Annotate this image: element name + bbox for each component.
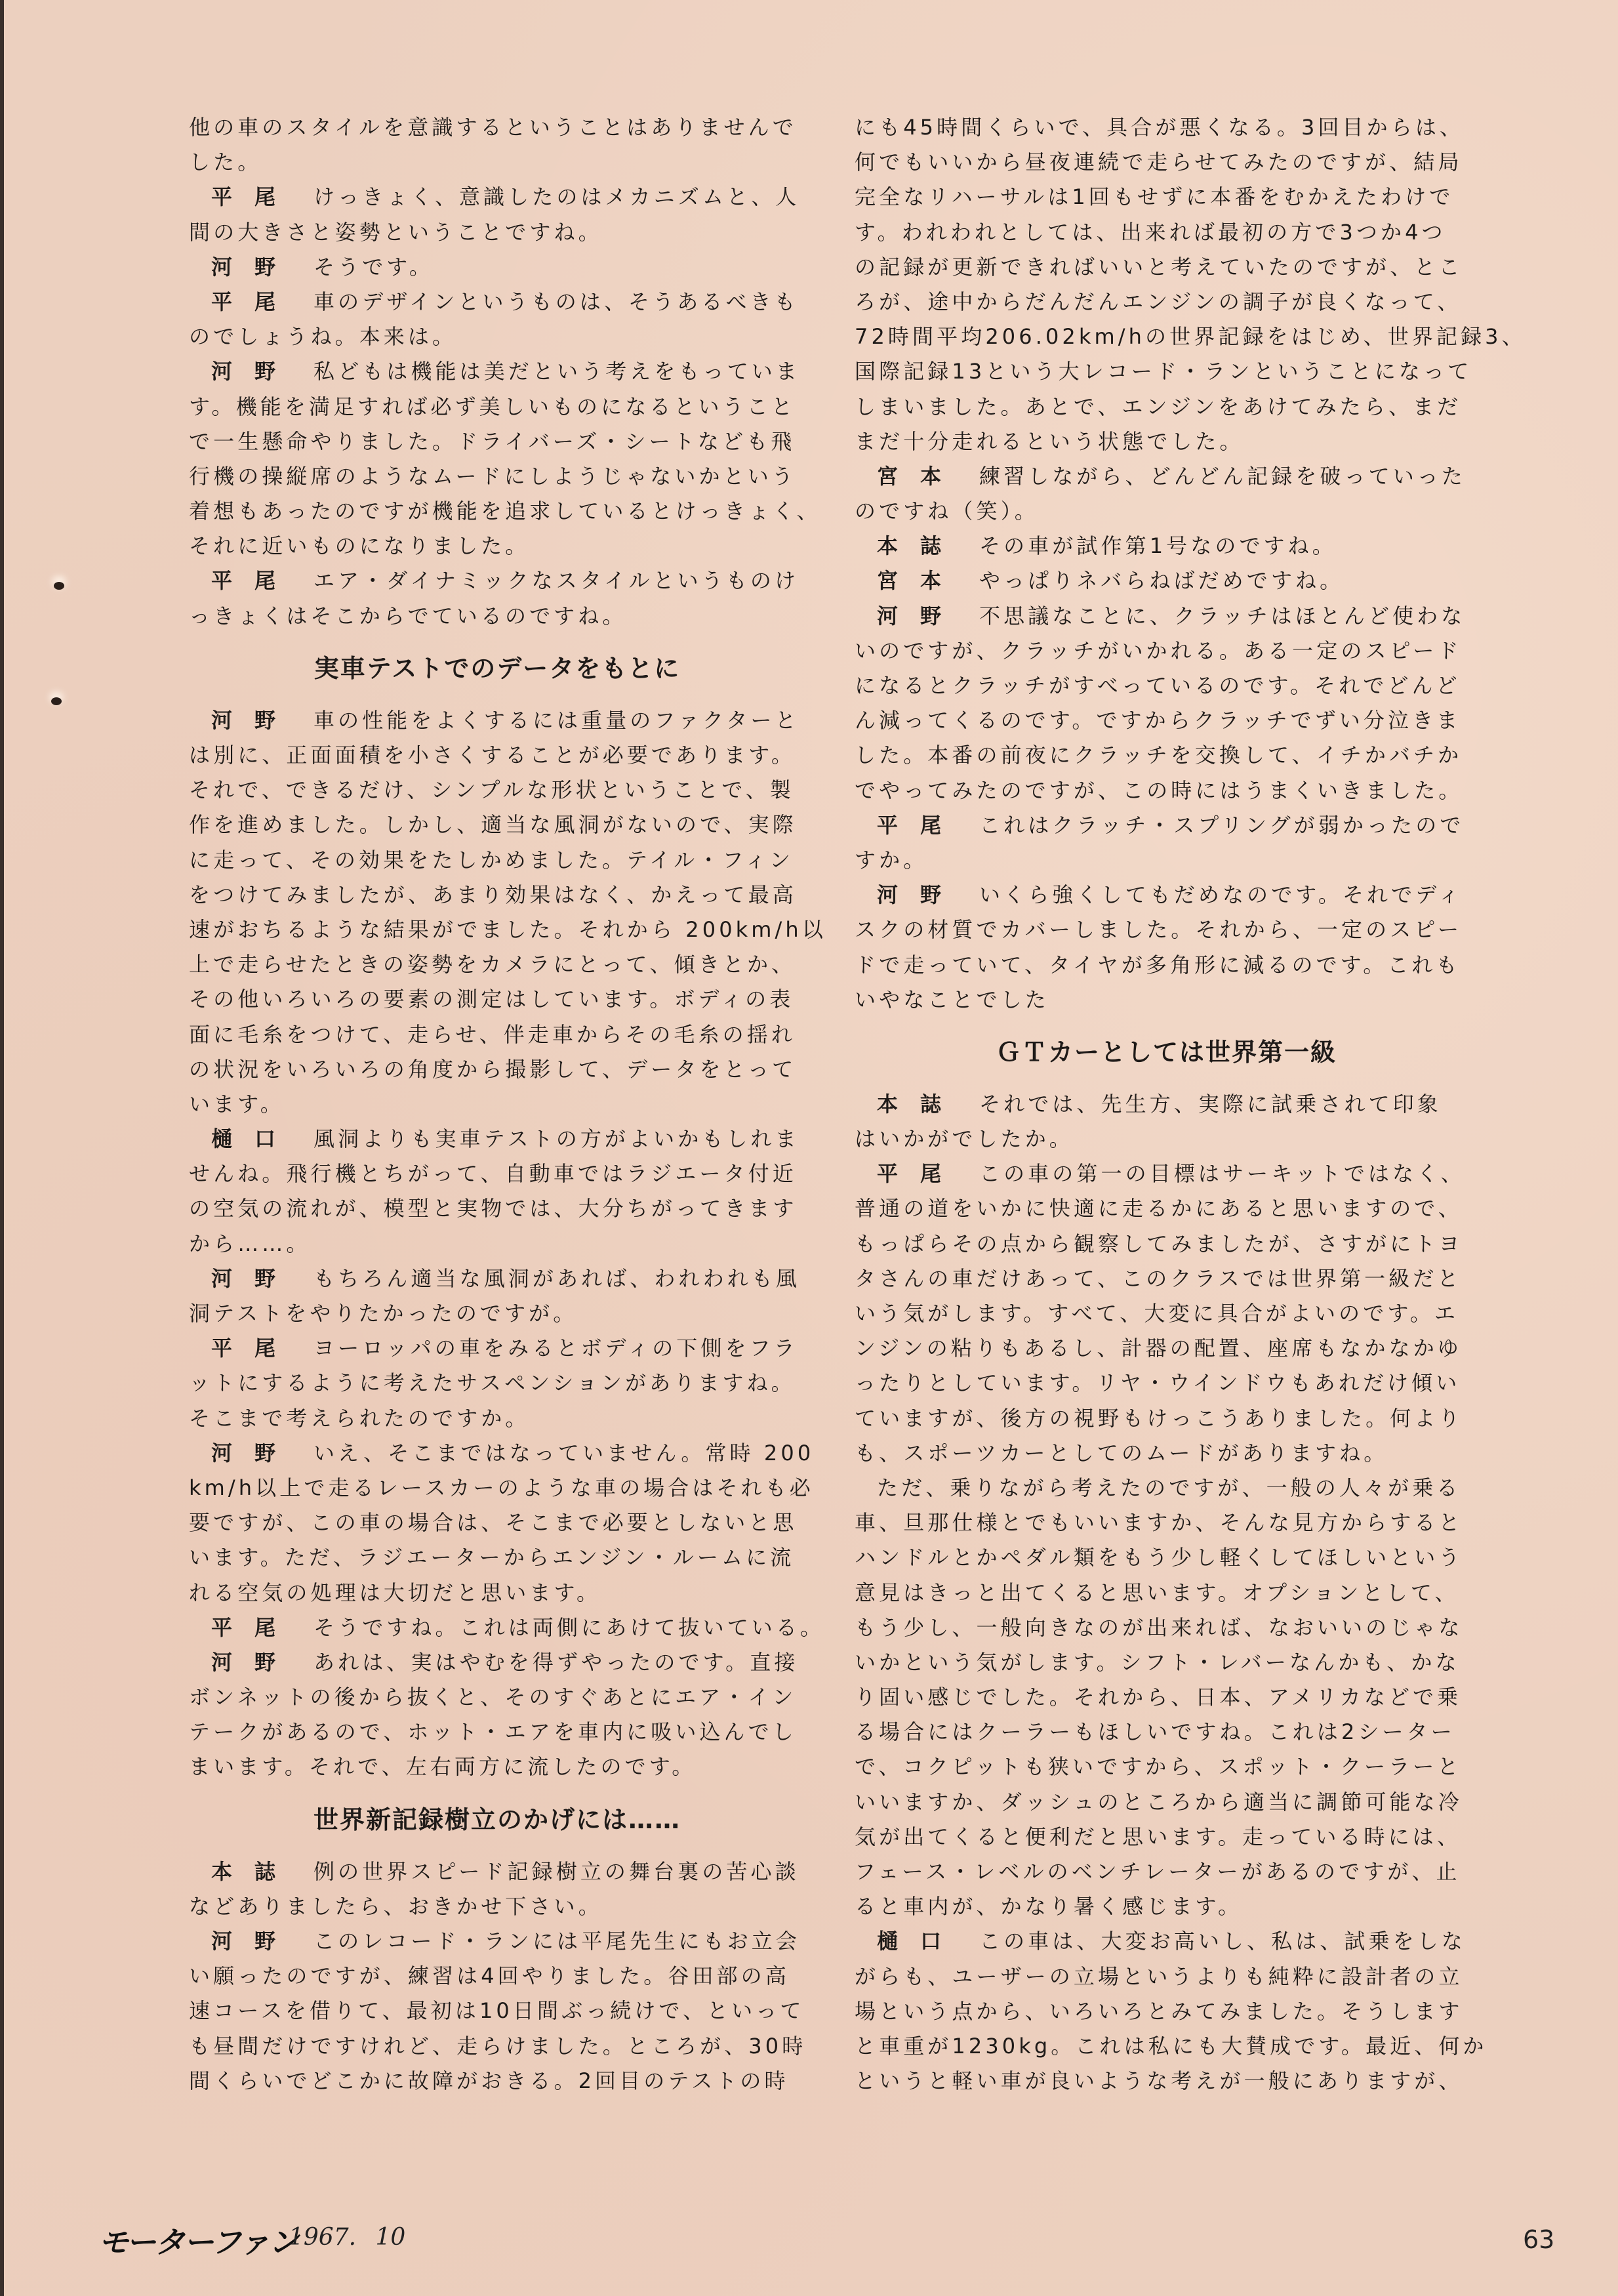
text-line: をつけてみましたが、あまり効果はなく、かえって最高 (189, 878, 805, 912)
binding-hole (54, 582, 64, 590)
text-line: から……。 (189, 1227, 805, 1261)
dialogue-line: 河野私どもは機能は美だという考えをもっていま (189, 354, 805, 389)
speaker-name: 本誌 (877, 529, 979, 564)
text-line: ただ、乗りながら考えたのですが、一般の人々が乗る (855, 1471, 1478, 1506)
text-line: しまいました。あとで、エンジンをあけてみたら、まだ (855, 390, 1478, 424)
text-line: の空気の流れが、模型と実物では、大分ちがってきます (189, 1191, 805, 1226)
speaker-name: 河野 (211, 1924, 313, 1959)
binding-hole (51, 697, 62, 705)
dialogue-line: 河野あれは、実はやむを得ずやったのです。直接 (189, 1645, 805, 1680)
dialogue-line: 平尾エア・ダイナミックなスタイルというものけ (189, 564, 805, 598)
text-line: ると車内が、かなり暑く感じます。 (855, 1889, 1478, 1924)
speaker-name: 平尾 (211, 285, 313, 319)
text-line: 72時間平均206.02km/hの世界記録をはじめ、世界記録3、 (855, 319, 1478, 354)
text-line: ハンドルとかペダル類をもう少し軽くしてほしいという (855, 1540, 1478, 1575)
text-line: る場合にはクーラーもほしいですね。これは2シーター (855, 1715, 1478, 1750)
text-line: 他の車のスタイルを意識するということはありませんで (189, 110, 805, 145)
left-column: 他の車のスタイルを意識するということはありませんでした。平尾けっきょく、意識した… (189, 110, 805, 2099)
text-line: 速コースを借りて、最初は10日間ぶっ続けで、といって (189, 1994, 805, 2028)
text-line: した。本番の前夜にクラッチを交換して、イチかバチか (855, 738, 1478, 773)
dialogue-text: いくら強くしてもだめなのです。それでディ (979, 882, 1463, 907)
text-line: ていますが、後方の視野もけっこうありました。何より (855, 1401, 1478, 1436)
text-line: の状況をいろいろの角度から撮影して、データをとって (189, 1052, 805, 1087)
text-line: ろが、途中からだんだんエンジンの調子が良くなって、 (855, 285, 1478, 319)
text-line: すか。 (855, 843, 1478, 878)
speaker-name: 河野 (211, 1436, 313, 1471)
section-heading: 実車テストでのデータをもとに (189, 634, 805, 703)
text-line: で、コクピットも狭いですから、スポット・クーラーと (855, 1750, 1478, 1784)
text-line: 国際記録13という大レコード・ランということになって (855, 354, 1478, 389)
speaker-name: 宮本 (877, 459, 979, 494)
dialogue-text: けっきょく、意識したのはメカニズムと、人 (313, 184, 799, 209)
dialogue-text: 不思議なことに、クラッチはほとんど使わな (979, 604, 1465, 628)
text-line: 車、旦那仕様とでもいいますか、そんな見方からすると (855, 1506, 1478, 1540)
speaker-name: 平尾 (211, 180, 313, 215)
dialogue-text: 私どもは機能は美だという考えをもっていま (313, 359, 800, 384)
text-line: 作を進めました。しかし、適当な風洞がないので、実際 (189, 808, 805, 842)
text-line: いかという気がします。シフト・レバーなんかも、かな (855, 1645, 1478, 1680)
issue-date: 1967. 10 (289, 2224, 405, 2251)
section-heading: ＧＴカーとしては世界第一級 (855, 1017, 1478, 1087)
text-line: もっぱらその点から観察してみましたが、さすがにトヨ (855, 1227, 1478, 1261)
dialogue-text: 風洞よりも実車テストの方がよいかもしれま (313, 1126, 799, 1151)
text-line: ドで走っていて、タイヤが多角形に減るのです。これも (855, 948, 1478, 983)
dialogue-line: 平尾けっきょく、意識したのはメカニズムと、人 (189, 180, 805, 215)
dialogue-line: 樋口風洞よりも実車テストの方がよいかもしれま (189, 1122, 805, 1157)
text-line: 完全なリハーサルは1回もせずに本番をむかえたわけで (855, 180, 1478, 215)
text-line: のでしょうね。本来は。 (189, 319, 805, 354)
speaker-name: 河野 (877, 878, 979, 912)
text-line: それに近いものになりました。 (189, 529, 805, 564)
text-line: は別に、正面面積を小さくすることが必要であります。 (189, 738, 805, 773)
dialogue-text: 例の世界スピード記録樹立の舞台裏の苦心談 (313, 1859, 799, 1884)
text-line: はいかがでしたか。 (855, 1122, 1478, 1157)
dialogue-line: 河野車の性能をよくするには重量のファクターと (189, 703, 805, 738)
speaker-name: 本誌 (877, 1087, 979, 1122)
text-line: い願ったのですが、練習は4回やりました。谷田部の高 (189, 1959, 805, 1994)
dialogue-line: 平尾そうですね。これは両側にあけて抜いている。 (189, 1610, 805, 1645)
speaker-name: 宮本 (877, 564, 979, 598)
text-line: というと軽い車が良いような考えが一般にありますが、 (855, 2064, 1478, 2099)
dialogue-line: 本誌例の世界スピード記録樹立の舞台裏の苦心談 (189, 1855, 805, 1889)
text-line: 意見はきっと出てくると思います。オプションとして、 (855, 1576, 1478, 1610)
dialogue-text: エア・ダイナミックなスタイルというものけ (313, 568, 799, 593)
text-line: に走って、その効果をたしかめました。テイル・フィン (189, 843, 805, 878)
text-line: のですね（笑）。 (855, 494, 1478, 529)
text-line: 間くらいでどこかに故障がおきる。2回目のテストの時 (189, 2064, 805, 2099)
right-column: にも45時間くらいで、具合が悪くなる。3回目からは、何でもいいから昼夜連続で走ら… (855, 110, 1478, 2099)
dialogue-line: 本誌その車が試作第1号なのですね。 (855, 529, 1478, 564)
text-line: り固い感じでした。それから、日本、アメリカなどで乗 (855, 1680, 1478, 1715)
text-line: それで、できるだけ、シンプルな形状ということで、製 (189, 773, 805, 808)
dialogue-line: 河野そうです。 (189, 250, 805, 285)
text-line: 何でもいいから昼夜連続で走らせてみたのですが、結局 (855, 145, 1478, 180)
text-line: スクの材質でカバーしました。それから、一定のスピー (855, 912, 1478, 947)
text-line: います。 (189, 1087, 805, 1122)
text-line: 場という点から、いろいろとみてみました。そうします (855, 1994, 1478, 2029)
dialogue-line: 平尾これはクラッチ・スプリングが弱かったので (855, 808, 1478, 843)
text-line: います。ただ、ラジエーターからエンジン・ルームに流 (189, 1540, 805, 1575)
text-line: と車重が1230kg。これは私にも大賛成です。最近、何か (855, 2029, 1478, 2064)
dialogue-text: この車の第一の目標はサーキットではなく、 (979, 1161, 1465, 1186)
dialogue-line: 河野このレコード・ランには平尾先生にもお立会 (189, 1924, 805, 1959)
dialogue-line: 平尾車のデザインというものは、そうあるべきも (189, 285, 805, 319)
text-line: いのですが、クラッチがいかれる。ある一定のスピード (855, 634, 1478, 668)
dialogue-line: 樋口この車は、大変お高いし、私は、試乗をしな (855, 1924, 1478, 1959)
speaker-name: 河野 (211, 1645, 313, 1680)
text-line: っきょくはそこからでているのですね。 (189, 599, 805, 634)
dialogue-text: 車の性能をよくするには重量のファクターと (313, 708, 799, 733)
speaker-name: 河野 (211, 354, 313, 389)
dialogue-text: そうですね。これは両側にあけて抜いている。 (313, 1615, 824, 1640)
text-line: タさんの車だけあって、このクラスでは世界第一級だと (855, 1261, 1478, 1296)
text-line: の記録が更新できればいいと考えていたのですが、とこ (855, 250, 1478, 285)
text-line: まいます。それで、左右両方に流したのです。 (189, 1750, 805, 1784)
text-line: 要ですが、この車の場合は、そこまで必要としないと思 (189, 1506, 805, 1540)
text-line: 洞テストをやりたかったのですが。 (189, 1296, 805, 1331)
text-line: も、スポーツカーとしてのムードがありますね。 (855, 1436, 1478, 1471)
speaker-name: 平尾 (211, 564, 313, 598)
text-line: などありましたら、おきかせ下さい。 (189, 1889, 805, 1924)
text-line: 行機の操縦席のようなムードにしようじゃないかという (189, 459, 805, 494)
page-number: 63 (1523, 2225, 1554, 2254)
text-line: いう気がします。すべて、大変に具合がよいのです。エ (855, 1296, 1478, 1331)
text-line: 間の大きさと姿勢ということですね。 (189, 215, 805, 250)
magazine-logo: モーターファン (98, 2219, 297, 2262)
text-line: す。われわれとしては、出来れば最初の方で3つか4つ (855, 215, 1478, 250)
text-line: になるとクラッチがすべっているのです。それでどんど (855, 668, 1478, 703)
dialogue-text: もちろん適当な風洞があれば、われわれも風 (313, 1266, 800, 1291)
dialogue-text: 練習しながら、どんどん記録を破っていった (979, 464, 1466, 489)
dialogue-text: そうです。 (313, 255, 434, 279)
text-line: ん減ってくるのです。ですからクラッチでずい分泣きま (855, 703, 1478, 738)
text-line: でやってみたのですが、この時にはうまくいきました。 (855, 773, 1478, 808)
dialogue-line: 河野もちろん適当な風洞があれば、われわれも風 (189, 1261, 805, 1296)
dialogue-text: あれは、実はやむを得ずやったのです。直接 (313, 1650, 798, 1675)
text-line: 面に毛糸をつけて、走らせ、伴走車からその毛糸の揺れ (189, 1017, 805, 1052)
dialogue-text: やっぱりネバらねばだめですね。 (979, 568, 1344, 593)
text-line: で一生懸命やりました。ドライバーズ・シートなども飛 (189, 424, 805, 459)
speaker-name: 樋口 (211, 1122, 313, 1157)
text-line: ットにするように考えたサスペンションがありますね。 (189, 1366, 805, 1401)
speaker-name: 河野 (211, 1261, 313, 1296)
text-line: 気が出てくると便利だと思います。走っている時には、 (855, 1820, 1478, 1855)
speaker-name: 平尾 (211, 1331, 313, 1366)
text-line: がらも、ユーザーの立場というよりも純粋に設計者の立 (855, 1959, 1478, 1994)
text-line: す。機能を満足すれば必ず美しいものになるということ (189, 390, 805, 424)
dialogue-text: これはクラッチ・スプリングが弱かったので (979, 813, 1464, 838)
text-line: れる空気の処理は大切だと思います。 (189, 1576, 805, 1610)
text-line: もう少し、一般向きなのが出来れば、なおいいのじゃな (855, 1610, 1478, 1645)
text-line: ンジンの粘りもあるし、計器の配置、座席もなかなかゆ (855, 1331, 1478, 1366)
text-line: 上で走らせたときの姿勢をカメラにとって、傾きとか、 (189, 947, 805, 982)
text-line: した。 (189, 145, 805, 180)
dialogue-line: 河野不思議なことに、クラッチはほとんど使わな (855, 599, 1478, 634)
speaker-name: 河野 (877, 599, 979, 634)
dialogue-line: 平尾この車の第一の目標はサーキットではなく、 (855, 1157, 1478, 1191)
text-line: も昼間だけですけれど、走らけました。ところが、30時 (189, 2029, 805, 2064)
text-line: その他いろいろの要素の測定はしています。ボディの表 (189, 982, 805, 1017)
text-line: いやなことでした (855, 983, 1478, 1017)
text-line: 速がおちるような結果がでました。それから 200km/h以 (189, 912, 805, 947)
text-line: いいますか、ダッシュのところから適当に調節可能な冷 (855, 1785, 1478, 1820)
dialogue-text: ヨーロッパの車をみるとボディの下側をフラ (313, 1336, 798, 1361)
dialogue-text: それでは、先生方、実際に試乗されて印象 (979, 1092, 1442, 1117)
dialogue-line: 宮本やっぱりネバらねばだめですね。 (855, 564, 1478, 598)
speaker-name: 平尾 (211, 1610, 313, 1645)
dialogue-text: このレコード・ランには平尾先生にもお立会 (313, 1929, 800, 1954)
page-edge-shadow (0, 0, 4, 2296)
section-heading: 世界新記録樹立のかげには…… (189, 1785, 805, 1855)
speaker-name: 平尾 (877, 1157, 979, 1191)
text-line: せんね。飛行機とちがって、自動車ではラジエータ付近 (189, 1157, 805, 1191)
text-line: テークがあるので、ホット・エアを車内に吸い込んでし (189, 1715, 805, 1750)
speaker-name: 平尾 (877, 808, 979, 843)
dialogue-line: 平尾ヨーロッパの車をみるとボディの下側をフラ (189, 1331, 805, 1366)
dialogue-line: 河野いえ、そこまではなっていません。常時 200 (189, 1436, 805, 1471)
dialogue-text: いえ、そこまではなっていません。常時 200 (313, 1441, 814, 1466)
speaker-name: 本誌 (211, 1855, 313, 1889)
text-line: そこまで考えられたのですか。 (189, 1401, 805, 1436)
text-line: ボンネットの後から抜くと、そのすぐあとにエア・イン (189, 1680, 805, 1715)
text-line: フェース・レベルのベンチレーターがあるのですが、止 (855, 1855, 1478, 1889)
text-line: まだ十分走れるという状態でした。 (855, 424, 1478, 459)
speaker-name: 河野 (211, 703, 313, 738)
dialogue-text: 車のデザインというものは、そうあるべきも (313, 289, 799, 314)
text-line: 着想もあったのですが機能を追求しているとけっきょく、 (189, 494, 805, 529)
dialogue-line: 本誌それでは、先生方、実際に試乗されて印象 (855, 1087, 1478, 1122)
dialogue-line: 河野いくら強くしてもだめなのです。それでディ (855, 878, 1478, 912)
text-line: ったりとしています。リヤ・ウインドウもあれだけ傾い (855, 1366, 1478, 1401)
dialogue-text: この車は、大変お高いし、私は、試乗をしな (979, 1929, 1466, 1954)
text-line: にも45時間くらいで、具合が悪くなる。3回目からは、 (855, 110, 1478, 145)
text-line: 普通の道をいかに快適に走るかにあると思いますので、 (855, 1191, 1478, 1226)
speaker-name: 河野 (211, 250, 313, 285)
dialogue-text: その車が試作第1号なのですね。 (979, 533, 1337, 558)
dialogue-line: 宮本練習しながら、どんどん記録を破っていった (855, 459, 1478, 494)
speaker-name: 樋口 (877, 1924, 979, 1959)
text-line: km/h以上で走るレースカーのような車の場合はそれも必 (189, 1471, 805, 1506)
